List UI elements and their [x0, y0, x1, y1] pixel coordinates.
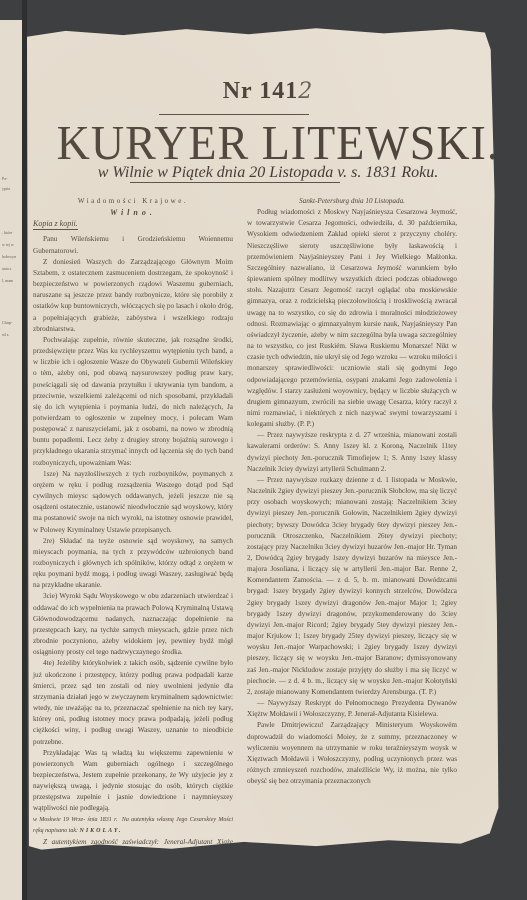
left-fragment-line: ypiia	[2, 186, 20, 192]
masthead-rule-long	[130, 182, 340, 183]
article-paragraph: Panu Wileńskiemu i Grodzieńskiemu Woienn…	[33, 234, 233, 256]
article-paragraph: Pawle Dmitrjewiczu! Zarządzający Ministe…	[247, 720, 457, 787]
article-paragraph: — Przez naywyższe reskrypta z d. 27 wrze…	[247, 430, 457, 475]
signature-place: w Moskwie 19 Wrze- śnia 1831 r.	[33, 817, 117, 823]
section-city: Wilno.	[33, 207, 233, 218]
issue-dateline: w Wilnie w Piątek dnia 20 Listopada v. s…	[27, 164, 509, 182]
article-paragraph: 2re) Składać na teyże osnowie sąd woysko…	[33, 536, 233, 592]
adjacent-page-fragment: , które w tej w hołowyn ania s. l, mam C…	[0, 20, 24, 900]
kopia-label: Kopia z kopii.	[33, 218, 78, 230]
left-fragment-line: ania s.	[2, 266, 20, 272]
closing-attestation: Z autentykiem zgodność zaświadczył: Jene…	[33, 837, 233, 859]
section-heading: Wiadomości Krajowe.	[33, 196, 233, 207]
signature-block: w Moskwie 19 Wrze- śnia 1831 r. Na auten…	[33, 815, 233, 837]
handwritten-correction: 2	[298, 79, 313, 104]
article-paragraph: Pochwalając zupełnie, równie skuteczne, …	[33, 335, 233, 469]
right-column: Sankt-Petersburg dnia 10 Listopada. Podł…	[247, 196, 457, 787]
article-paragraph: Z doniesień Waszych do Zarządzającego Gł…	[33, 257, 233, 335]
left-fragment-line: w tej w	[2, 242, 20, 248]
left-fragment-line: l, mam	[2, 278, 20, 284]
issue-number: Nr 1412	[27, 78, 509, 105]
article-paragraph: Podług wiadomości z Moskwy Nayjaśnieyszа…	[247, 207, 457, 430]
newspaper-title: KURYER LITEWSKI.	[37, 115, 519, 171]
left-fragment-line: Pa-	[2, 176, 20, 182]
article-paragraph: — Przez naywyższe rozkazy dzienne z d. 1…	[247, 475, 457, 698]
signature-name: NIKOLAY.	[80, 828, 123, 834]
article-paragraph: 1sze) Na nayzłośliwszych z tych rozboyni…	[33, 469, 233, 536]
closing-text: Z autentykiem zgodność zaświadczył: Jene…	[43, 838, 233, 846]
newspaper-page: Nr 1412 KURYER LITEWSKI. w Wilnie w Piąt…	[27, 24, 509, 876]
article-paragraph: 3cie) Wyroki Sądu Woyskowego w obu zdarz…	[33, 591, 233, 658]
article-dateline: Sankt-Petersburg dnia 10 Listopada.	[247, 196, 457, 207]
left-fragment-line: Chirp-	[2, 320, 20, 326]
left-fragment-line: hołowyn	[2, 254, 20, 260]
article-paragraph: Przykładając Was tą władzą ku większemu …	[33, 748, 233, 815]
left-column: Wiadomości Krajowe. Wilno. Kopia z kopii…	[33, 196, 233, 859]
article-paragraph: 4te) Jeżeliby którykolwiek z takich osób…	[33, 658, 233, 747]
closing-name: Dołhorukow.	[33, 849, 70, 858]
binding-spine	[22, 0, 27, 900]
article-paragraph: — Naywyższy Reskrypt do Pełnomocnego Pre…	[247, 698, 457, 720]
issue-number-label: Nr 141	[223, 78, 299, 104]
left-fragment-line: sil s.	[2, 332, 20, 338]
left-fragment-line: , które	[2, 230, 20, 236]
